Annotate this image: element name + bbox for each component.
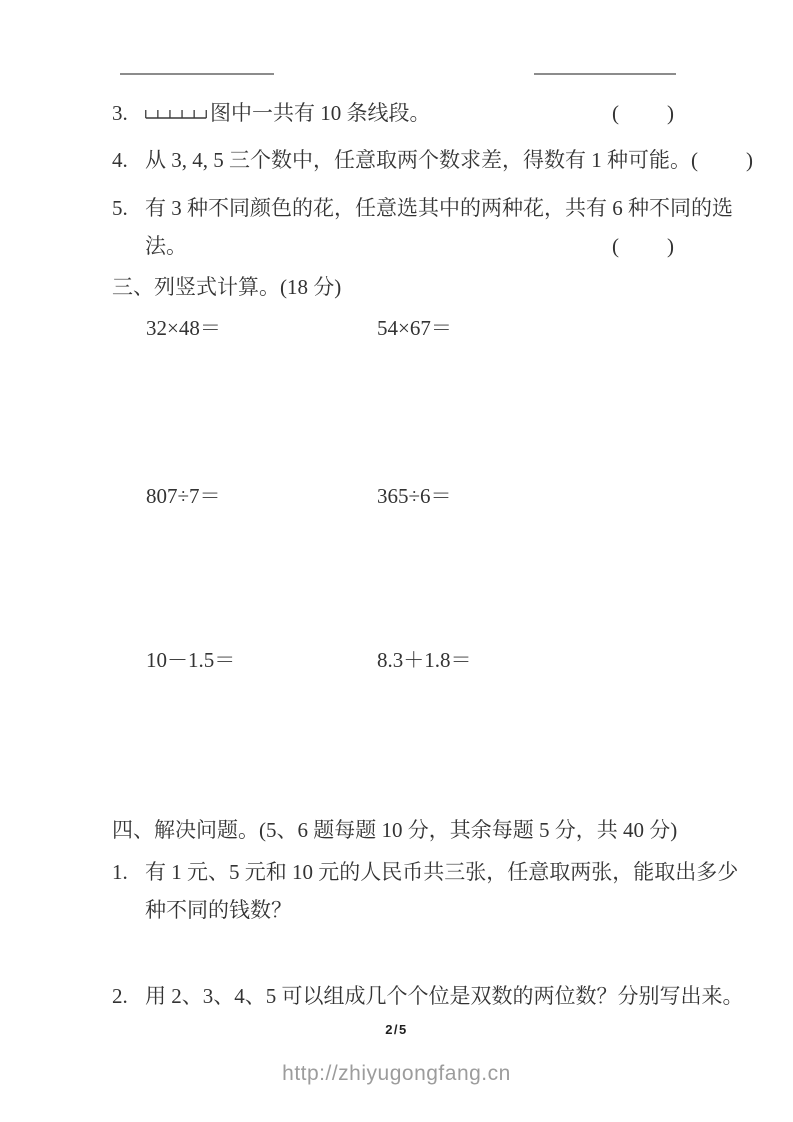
calc-problem: 54×67＝ xyxy=(377,313,452,343)
footer-url: http://zhiyugongfang.cn xyxy=(0,1062,793,1086)
section-heading: 三、列竖式计算。(18 分) xyxy=(112,272,341,302)
judge-question-3: 3. 图中一共有 10 条线段。 ( ) xyxy=(112,98,676,134)
worksheet-page: 3. 图中一共有 10 条线段。 ( ) 4. 从 3, 4, 5 三个数中，任… xyxy=(0,0,793,1122)
question-text: 图中一共有 10 条线段。 xyxy=(210,98,431,128)
section-heading: 四、解决问题。(5、6 题每题 10 分，其余每题 5 分，共 40 分) xyxy=(112,815,677,845)
calc-problem: 365÷6＝ xyxy=(377,481,452,511)
calc-section-title: 三、列竖式计算。(18 分) xyxy=(112,272,676,302)
judge-question-5-line1: 5. 有 3 种不同颜色的花，任意选其中的两种花，共有 6 种不同的选 xyxy=(112,193,676,223)
question-text-continued: 法。 xyxy=(145,231,187,261)
question-text: 有 1 元、5 元和 10 元的人民币共三张，任意取两张，能取出多少 xyxy=(145,857,738,887)
question-number: 5. xyxy=(112,193,145,223)
question-text: 用 2、3、4、5 可以组成几个个位是双数的两位数？分别写出来。 xyxy=(145,981,744,1011)
page-number: 2/5 xyxy=(0,1022,793,1037)
calc-problem-row-2: 807÷7＝ 365÷6＝ xyxy=(112,481,676,511)
page-content: 3. 图中一共有 10 条线段。 ( ) 4. 从 3, 4, 5 三个数中，任… xyxy=(112,0,676,1122)
calc-problem: 807÷7＝ xyxy=(146,481,221,511)
question-number: 4. xyxy=(112,145,145,175)
answer-blank: ( ) xyxy=(612,98,676,128)
calc-problem-row-3: 10－1.5＝ 8.3＋1.8＝ xyxy=(112,645,676,675)
question-number: 2. xyxy=(112,981,145,1011)
calc-problem: 32×48＝ xyxy=(146,313,221,343)
solve-question-1-line1: 1. 有 1 元、5 元和 10 元的人民币共三张，任意取两张，能取出多少 xyxy=(112,857,676,887)
question-number: 3. xyxy=(112,98,145,128)
calc-problem-row-1: 32×48＝ 54×67＝ xyxy=(112,313,676,343)
calc-problem: 8.3＋1.8＝ xyxy=(377,645,472,675)
answer-blank: ( ) xyxy=(691,145,755,175)
answer-blank: ( ) xyxy=(612,231,676,261)
question-text: 有 3 种不同颜色的花，任意选其中的两种花，共有 6 种不同的选 xyxy=(145,193,733,223)
solve-question-2: 2. 用 2、3、4、5 可以组成几个个位是双数的两位数？分别写出来。 xyxy=(112,981,676,1011)
judge-question-4: 4. 从 3, 4, 5 三个数中，任意取两个数求差，得数有 1 种可能。 ( … xyxy=(112,145,676,175)
calc-problem: 10－1.5＝ xyxy=(146,645,235,675)
question-number: 1. xyxy=(112,857,145,887)
judge-question-5-line2: 法。 ( ) xyxy=(112,231,676,261)
solve-question-1-line2: 种不同的钱数？ xyxy=(112,895,676,925)
solve-section-title: 四、解决问题。(5、6 题每题 10 分，其余每题 5 分，共 40 分) xyxy=(112,815,676,845)
question-text: 从 3, 4, 5 三个数中，任意取两个数求差，得数有 1 种可能。 xyxy=(145,145,691,175)
question-text-continued: 种不同的钱数？ xyxy=(145,895,292,925)
ticked-segment-figure xyxy=(145,98,207,128)
